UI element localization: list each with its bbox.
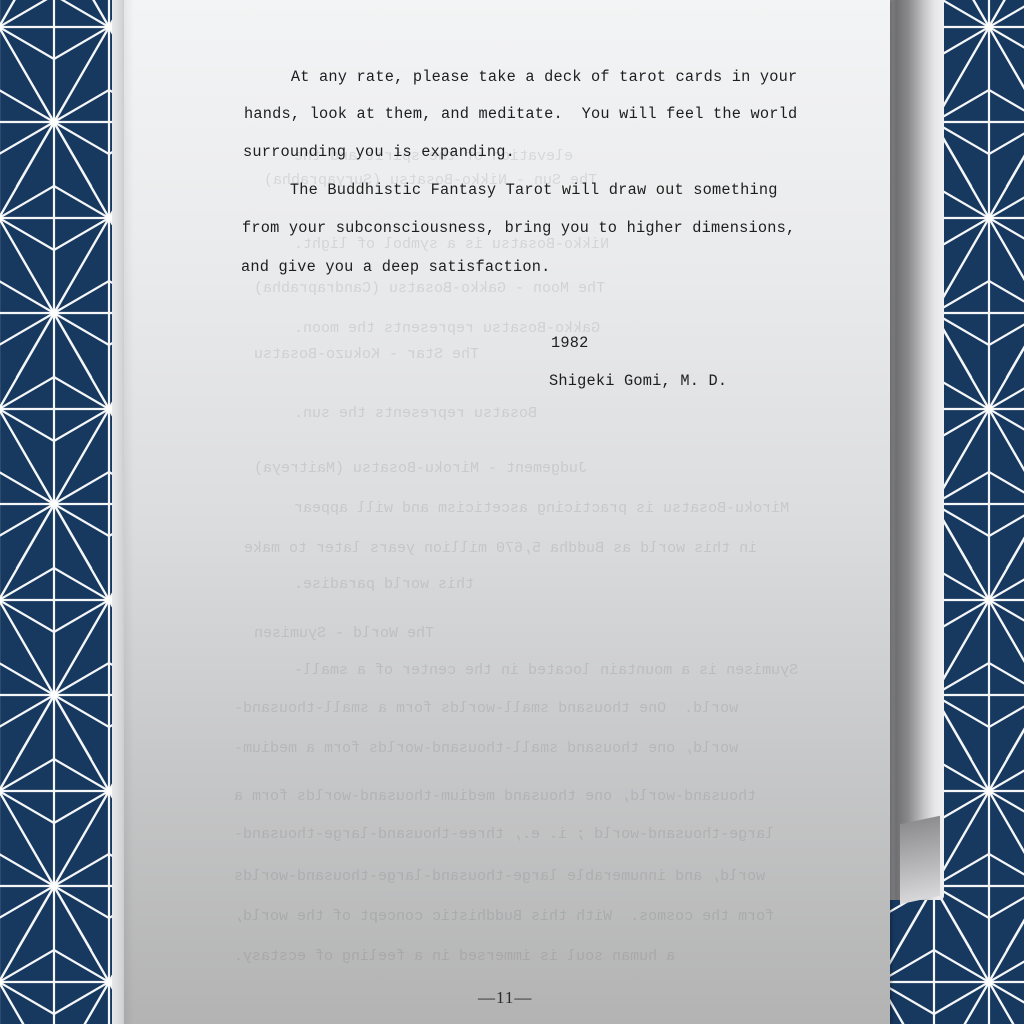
bleed-through-line: The Star - Kokuzo-Bosatsu	[254, 346, 479, 363]
bleed-through-line: Bosatsu represents the sun.	[294, 405, 537, 422]
bleed-through-line: large-thousand-world ; i. e., three-thou…	[234, 826, 774, 843]
paragraph-1-line-1: At any rate, please take a deck of tarot…	[244, 68, 797, 86]
bleed-through-line: Miroku-Bosatsu is practicing asceticism …	[294, 500, 789, 517]
author-signature: Shigeki Gomi, M. D.	[549, 372, 727, 390]
document-date: 1982	[551, 334, 589, 352]
page-number: —11—	[478, 988, 532, 1008]
paragraph-2-line-1: The Buddhistic Fantasy Tarot will draw o…	[243, 181, 778, 199]
bleed-through-line: world, one thousand small-thousand-world…	[234, 740, 738, 757]
bleed-through-line: world. One thousand small-worlds form a …	[234, 700, 738, 717]
paragraph-1-line-2: hands, look at them, and meditate. You w…	[244, 105, 797, 123]
bleed-through-line: form the cosmos. With this Buddhistic co…	[234, 908, 774, 925]
bleed-through-line: thousand-world, one thousand medium-thou…	[234, 788, 756, 805]
bleed-through-line: in this world as Buddha 5,670 million ye…	[244, 540, 757, 557]
box-flap	[900, 816, 940, 905]
paragraph-1-line-3: surrounding you is expanding.	[243, 143, 515, 161]
bleed-through-line: The Moon - Gakko-Bosatsu (Candraprabha)	[254, 280, 605, 297]
bleed-through-line: Nikko-Bosatsu is a symbol of light.	[294, 236, 609, 253]
paragraph-2-line-3: and give you a deep satisfaction.	[241, 258, 551, 276]
bleed-through-line: a human soul is immersed in a feeling of…	[234, 948, 675, 965]
bleed-through-line: Syumisen is a mountain located in the ce…	[294, 662, 798, 679]
bleed-through-line: The World - Syumisen	[254, 625, 434, 642]
bleed-through-line: world, and innumerable large-thousand-la…	[234, 868, 765, 885]
document-page: elevation of the spirit and theThe Sun -…	[124, 0, 890, 1024]
bleed-through-line: Judgement - Miroku-Bosatsu (Maitreya)	[254, 460, 587, 477]
bleed-through-line: this world paradise.	[294, 576, 474, 593]
paragraph-2-line-2: from your subconsciousness, bring you to…	[242, 219, 795, 237]
